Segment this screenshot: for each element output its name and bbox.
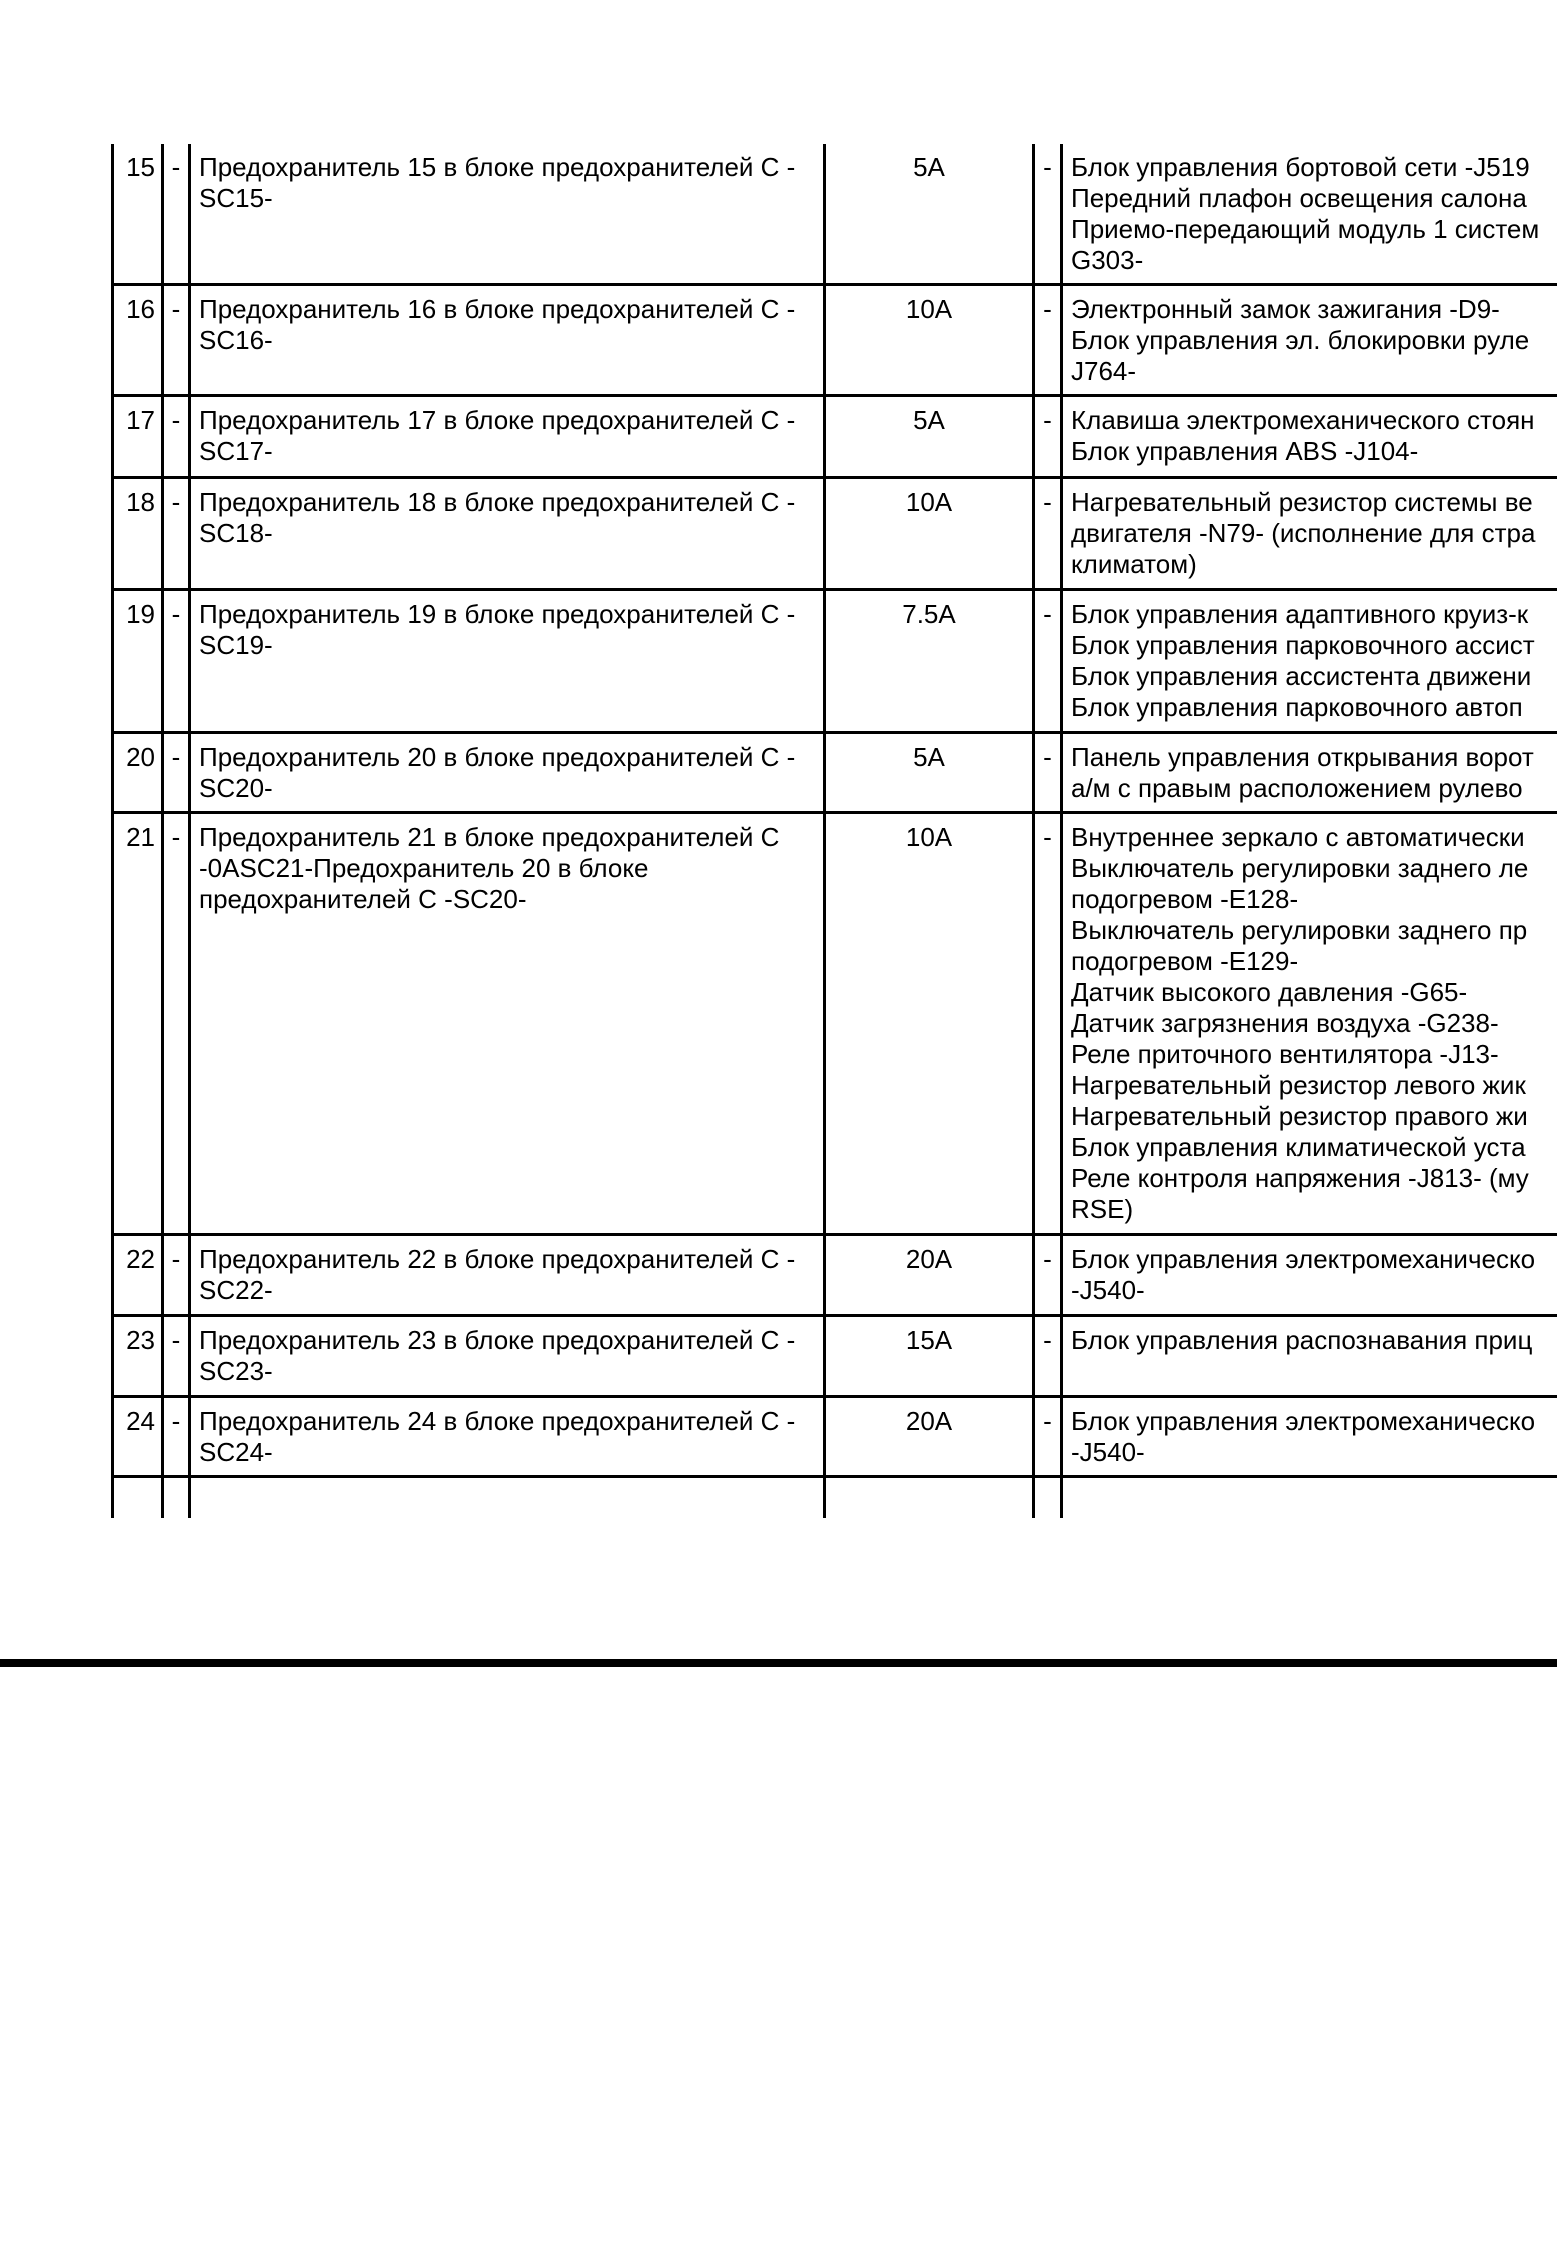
fuse-number: 24 (111, 1398, 161, 1475)
table-row-empty (111, 1478, 1557, 1518)
consumer-line: Электронный замок зажигания -D9- (1071, 294, 1557, 325)
fuse-rating: 10A (823, 479, 1032, 588)
consumer-line: Панель управления открывания ворот (1071, 742, 1557, 773)
fuse-name: Предохранитель 24 в блоке предохранителе… (188, 1398, 823, 1475)
consumer-line: Выключатель регулировки заднего пр (1071, 915, 1557, 946)
dash-cell: - (1032, 286, 1060, 394)
consumer-line: Блок управления климатической уста (1071, 1132, 1557, 1163)
fuse-name: Предохранитель 23 в блоке предохранителе… (188, 1317, 823, 1395)
fuse-rating: 10A (823, 814, 1032, 1233)
fuse-rating: 7.5A (823, 591, 1032, 731)
fuse-rating: 20A (823, 1236, 1032, 1314)
consumer-line: Блок управления ABS -J104- (1071, 436, 1557, 467)
dash-cell: - (161, 1317, 188, 1395)
dash-cell: - (1032, 1236, 1060, 1314)
table-row: 19-Предохранитель 19 в блоке предохранит… (111, 591, 1557, 734)
consumer-line: Нагревательный резистор правого жи (1071, 1101, 1557, 1132)
table-row: 16-Предохранитель 16 в блоке предохранит… (111, 286, 1557, 397)
fuse-number: 16 (111, 286, 161, 394)
fuse-name: Предохранитель 20 в блоке предохранителе… (188, 734, 823, 811)
consumer-line: Датчик загрязнения воздуха -G238- (1071, 1008, 1557, 1039)
dash-cell: - (1032, 1317, 1060, 1395)
fuse-number: 23 (111, 1317, 161, 1395)
consumer-line: Блок управления распознавания приц (1071, 1325, 1557, 1356)
fuse-number: 15 (111, 144, 161, 283)
consumer-line: климатом) (1071, 549, 1557, 580)
fuse-name: Предохранитель 19 в блоке предохранителе… (188, 591, 823, 731)
dash-cell: - (1032, 144, 1060, 283)
consumers-cell: Электронный замок зажигания -D9-Блок упр… (1060, 286, 1557, 394)
table-row: 15-Предохранитель 15 в блоке предохранит… (111, 144, 1557, 286)
fuse-name: Предохранитель 15 в блоке предохранителе… (188, 144, 823, 283)
empty-cell (823, 1478, 1032, 1518)
consumer-line: G303- (1071, 245, 1557, 276)
table-row: 20-Предохранитель 20 в блоке предохранит… (111, 734, 1557, 814)
dash-cell: - (1032, 1398, 1060, 1475)
dash-cell: - (161, 734, 188, 811)
table-row: 22-Предохранитель 22 в блоке предохранит… (111, 1236, 1557, 1317)
fuse-number: 18 (111, 479, 161, 588)
consumers-cell: Нагревательный резистор системы ведвигат… (1060, 479, 1557, 588)
consumers-cell: Блок управления электромеханическо-J540- (1060, 1398, 1557, 1475)
consumer-line: Блок управления электромеханическо (1071, 1244, 1557, 1275)
consumer-line: Клавиша электромеханического стоян (1071, 405, 1557, 436)
consumer-line: J764- (1071, 356, 1557, 387)
fuse-rating: 5A (823, 144, 1032, 283)
dash-cell: - (1032, 479, 1060, 588)
consumer-line: Реле приточного вентилятора -J13- (1071, 1039, 1557, 1070)
dash-cell: - (1032, 734, 1060, 811)
dash-cell: - (1032, 397, 1060, 476)
consumer-line: Приемо-передающий модуль 1 систем (1071, 214, 1557, 245)
fuse-rating: 10A (823, 286, 1032, 394)
dash-cell: - (161, 1236, 188, 1314)
consumer-line: а/м с правым расположением рулево (1071, 773, 1557, 804)
dash-cell: - (161, 286, 188, 394)
consumer-line: Блок управления бортовой сети -J519 (1071, 152, 1557, 183)
fuse-rating: 15A (823, 1317, 1032, 1395)
consumer-line: Нагревательный резистор левого жик (1071, 1070, 1557, 1101)
dash-cell: - (161, 479, 188, 588)
dash-cell: - (1032, 814, 1060, 1233)
fuse-name: Предохранитель 16 в блоке предохранителе… (188, 286, 823, 394)
consumer-line: Блок управления эл. блокировки руле (1071, 325, 1557, 356)
empty-cell (188, 1478, 823, 1518)
fuse-name: Предохранитель 18 в блоке предохранителе… (188, 479, 823, 588)
fuse-number: 22 (111, 1236, 161, 1314)
consumer-line: Блок управления адаптивного круиз-к (1071, 599, 1557, 630)
consumer-line: Реле контроля напряжения -J813- (му (1071, 1163, 1557, 1194)
consumer-line: RSE) (1071, 1194, 1557, 1225)
consumer-line: Выключатель регулировки заднего ле (1071, 853, 1557, 884)
dash-cell: - (161, 591, 188, 731)
consumer-line: Передний плафон освещения салона (1071, 183, 1557, 214)
consumer-line: Внутреннее зеркало с автоматически (1071, 822, 1557, 853)
fuse-table: 15-Предохранитель 15 в блоке предохранит… (111, 144, 1557, 1518)
dash-cell: - (161, 397, 188, 476)
empty-cell (161, 1478, 188, 1518)
consumers-cell: Внутреннее зеркало с автоматическиВыключ… (1060, 814, 1557, 1233)
consumer-line: Блок управления электромеханическо (1071, 1406, 1557, 1437)
consumer-line: двигателя -N79- (исполнение для стра (1071, 518, 1557, 549)
fuse-number: 17 (111, 397, 161, 476)
fuse-number: 20 (111, 734, 161, 811)
fuse-number: 19 (111, 591, 161, 731)
fuse-number: 21 (111, 814, 161, 1233)
table-row: 18-Предохранитель 18 в блоке предохранит… (111, 479, 1557, 591)
table-row: 21-Предохранитель 21 в блоке предохранит… (111, 814, 1557, 1236)
table-row: 23-Предохранитель 23 в блоке предохранит… (111, 1317, 1557, 1398)
consumers-cell: Блок управления распознавания приц (1060, 1317, 1557, 1395)
consumer-line: подогревом -E128- (1071, 884, 1557, 915)
page-divider-bar (0, 1659, 1557, 1667)
consumers-cell: Блок управления электромеханическо-J540- (1060, 1236, 1557, 1314)
fuse-rating: 5A (823, 397, 1032, 476)
empty-cell (1032, 1478, 1060, 1518)
empty-cell (111, 1478, 161, 1518)
consumer-line: Блок управления парковочного ассист (1071, 630, 1557, 661)
dash-cell: - (1032, 591, 1060, 731)
empty-cell (1060, 1478, 1557, 1518)
consumers-cell: Блок управления бортовой сети -J519Перед… (1060, 144, 1557, 283)
consumers-cell: Панель управления открывания ворота/м с … (1060, 734, 1557, 811)
consumer-line: -J540- (1071, 1275, 1557, 1306)
dash-cell: - (161, 144, 188, 283)
fuse-name: Предохранитель 17 в блоке предохранителе… (188, 397, 823, 476)
fuse-name: Предохранитель 22 в блоке предохранителе… (188, 1236, 823, 1314)
consumer-line: подогревом -E129- (1071, 946, 1557, 977)
table-row: 17-Предохранитель 17 в блоке предохранит… (111, 397, 1557, 479)
consumer-line: -J540- (1071, 1437, 1557, 1468)
fuse-name: Предохранитель 21 в блоке предохранителе… (188, 814, 823, 1233)
dash-cell: - (161, 814, 188, 1233)
dash-cell: - (161, 1398, 188, 1475)
consumer-line: Блок управления парковочного автоп (1071, 692, 1557, 723)
consumer-line: Датчик высокого давления -G65- (1071, 977, 1557, 1008)
consumers-cell: Блок управления адаптивного круиз-кБлок … (1060, 591, 1557, 731)
consumers-cell: Клавиша электромеханического стоянБлок у… (1060, 397, 1557, 476)
consumer-line: Блок управления ассистента движени (1071, 661, 1557, 692)
consumer-line: Нагревательный резистор системы ве (1071, 487, 1557, 518)
fuse-rating: 20A (823, 1398, 1032, 1475)
fuse-rating: 5A (823, 734, 1032, 811)
table-row: 24-Предохранитель 24 в блоке предохранит… (111, 1398, 1557, 1478)
